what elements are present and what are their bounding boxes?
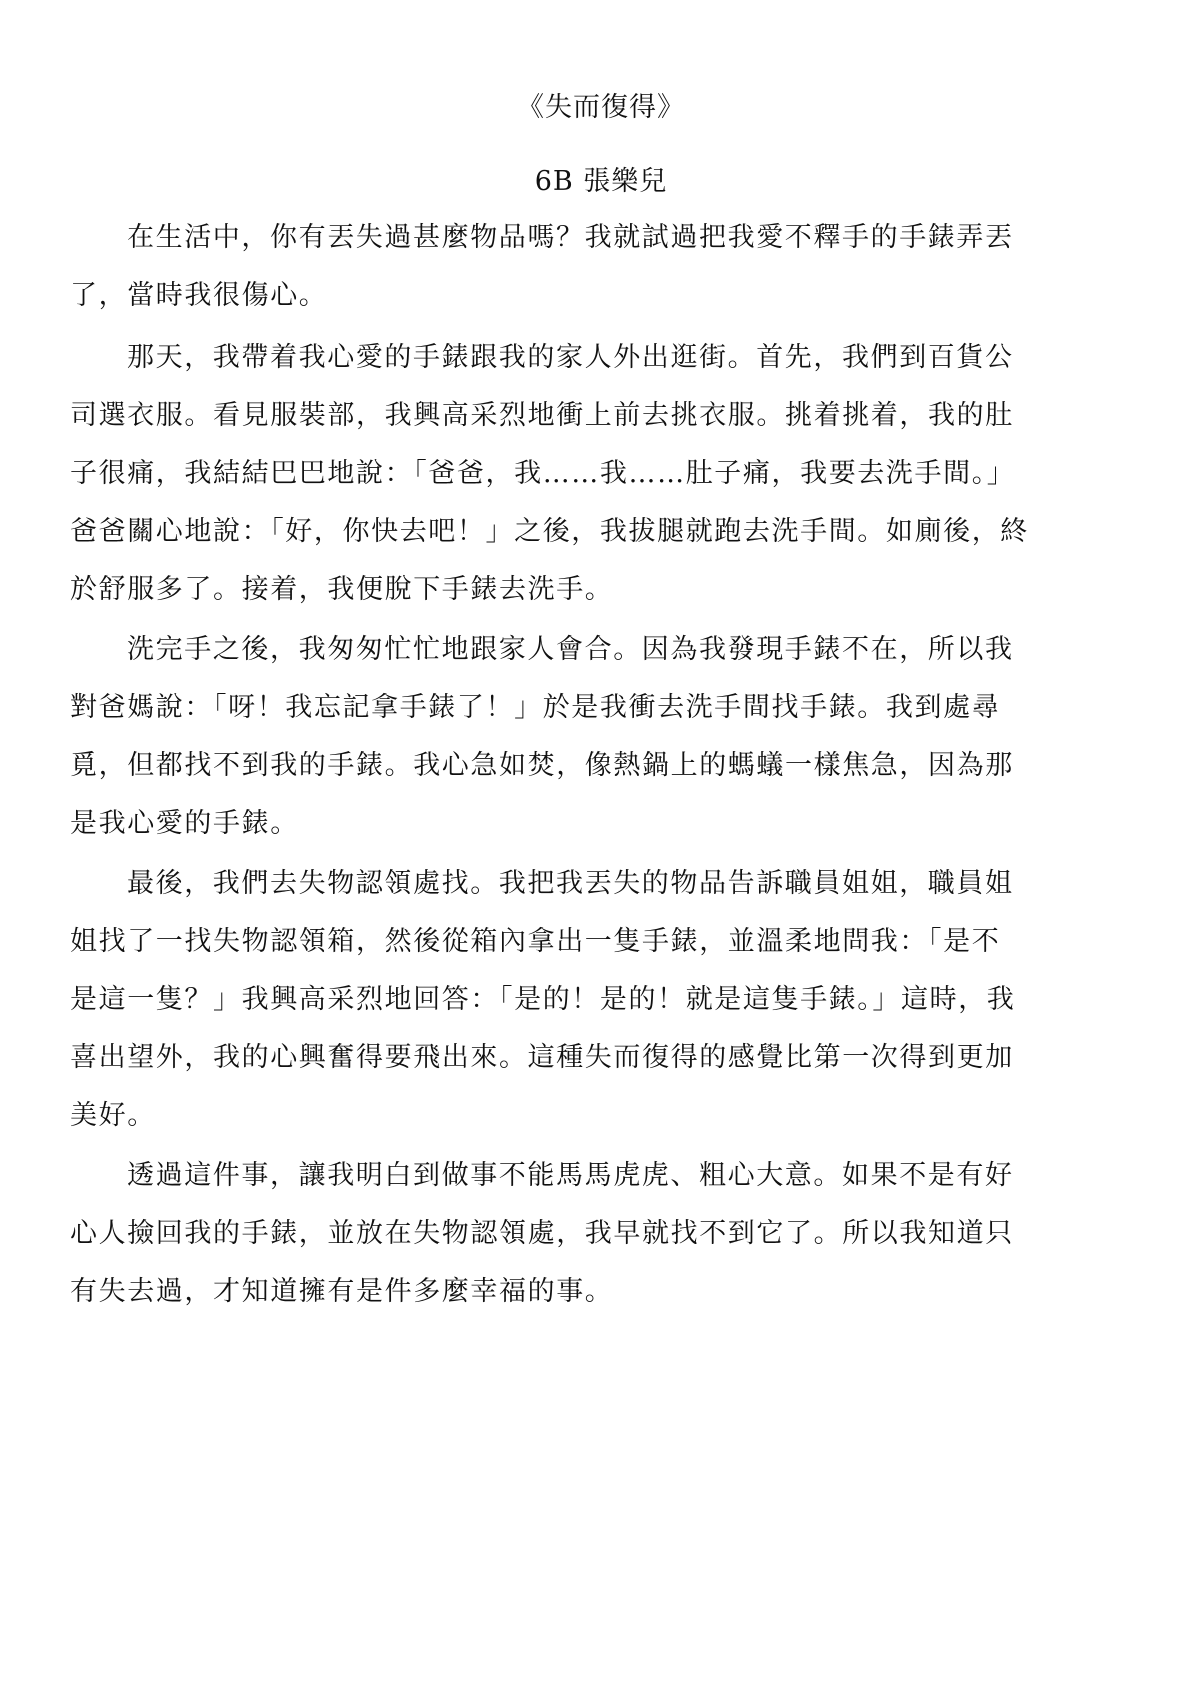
text-line: 姐找了一找失物認領箱，然後從箱內拿出一隻手錶，並溫柔地問我：「是不 [70, 922, 1132, 962]
text-line: 最後，我們去失物認領處找。我把我丟失的物品告訴職員姐姐，職員姐 [70, 864, 1189, 904]
text-line: 喜出望外，我的心興奮得要飛出來。這種失而復得的感覺比第一次得到更加 [70, 1038, 1132, 1078]
text-line: 是這一隻？」我興高采烈地回答：「是的！是的！就是這隻手錶。」這時，我 [70, 980, 1132, 1020]
text-line: 爸爸關心地說：「好，你快去吧！」之後，我拔腿就跑去洗手間。如廁後，終 [70, 512, 1132, 552]
text-line: 了，當時我很傷心。 [70, 276, 1132, 316]
text-line: 洗完手之後，我匆匆忙忙地跟家人會合。因為我發現手錶不在，所以我 [70, 630, 1189, 670]
text-line: 是我心愛的手錶。 [70, 804, 1132, 844]
text-line: 心人撿回我的手錶，並放在失物認領處，我早就找不到它了。所以我知道只 [70, 1214, 1132, 1254]
essay-title: 《失而復得》 [0, 88, 1202, 128]
text-line: 美好。 [70, 1096, 1132, 1136]
text-line: 於舒服多了。接着，我便脫下手錶去洗手。 [70, 570, 1132, 610]
text-line: 司選衣服。看見服裝部，我興高采烈地衝上前去挑衣服。挑着挑着，我的肚 [70, 396, 1132, 436]
document-page: 《失而復得》 6B 張樂兒 在生活中，你有丟失過甚麼物品嗎？我就試過把我愛不釋手… [0, 0, 1202, 1700]
text-line: 對爸媽說：「呀！我忘記拿手錶了！」於是我衝去洗手間找手錶。我到處尋 [70, 688, 1132, 728]
essay-author: 6B 張樂兒 [0, 162, 1202, 202]
text-line: 有失去過，才知道擁有是件多麼幸福的事。 [70, 1272, 1132, 1312]
text-line: 子很痛，我結結巴巴地說：「爸爸，我……我……肚子痛，我要去洗手間。」 [70, 454, 1132, 494]
text-line: 透過這件事，讓我明白到做事不能馬馬虎虎、粗心大意。如果不是有好 [70, 1156, 1189, 1196]
text-line: 在生活中，你有丟失過甚麼物品嗎？我就試過把我愛不釋手的手錶弄丟 [70, 218, 1189, 258]
text-line: 覓，但都找不到我的手錶。我心急如焚，像熱鍋上的螞蟻一樣焦急，因為那 [70, 746, 1132, 786]
text-line: 那天，我帶着我心愛的手錶跟我的家人外出逛街。首先，我們到百貨公 [70, 338, 1189, 378]
